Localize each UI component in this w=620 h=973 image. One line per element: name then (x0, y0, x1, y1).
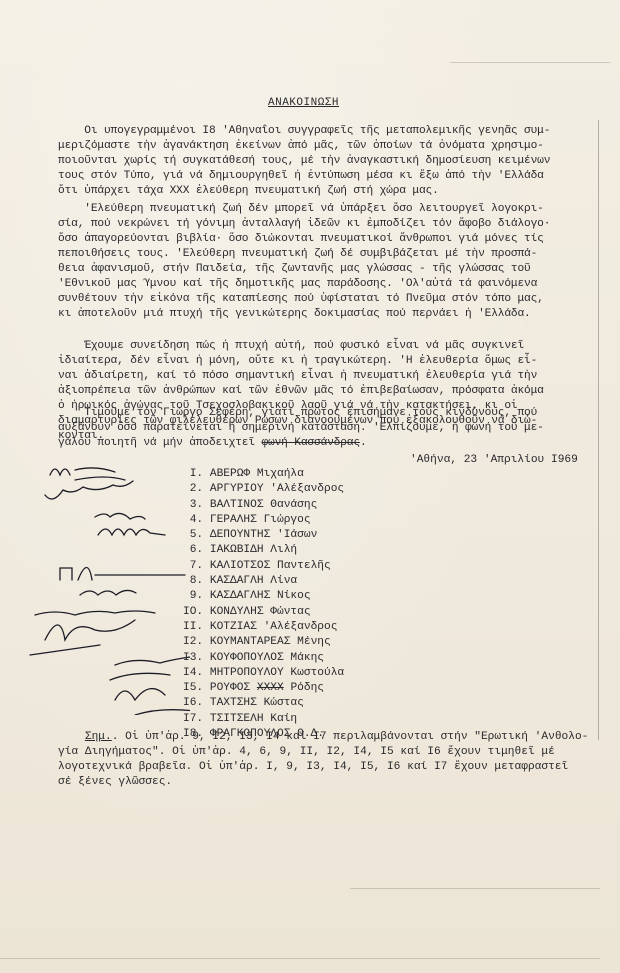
paragraph-1: Οι υπογεγραμμένοι Ι8 'Αθηναΐοι συγγραφεῖ… (58, 124, 598, 199)
text-line: Τιμοῦμε τόν Γιώργο Σεφέρη, γιατί πρῶτος … (58, 406, 598, 421)
signatories-list: I. ΑΒΕΡΩΦ Μιχαήλα 2. ΑΡΓΥΡΙΟΥ 'Αλέξανδρο… (183, 467, 344, 742)
paragraph-4: Τιμοῦμε τόν Γιώργο Σεφέρη, γιατί πρῶτος … (58, 406, 598, 451)
text-line: σία, πού νεκρώνει τή γόνιμη ἀνταλλαγή ἰδ… (58, 217, 598, 232)
scan-streak (0, 958, 600, 959)
text-line: ναι ἀδιαίρετη, καί τό πόσο σημαντική εἶν… (58, 369, 598, 384)
text-line: ποιοῦνται χωρίς τή συγκατάθεσή τους, μέ … (58, 154, 598, 169)
text-line: μεριζόμαστε τὴν ἀγανάκτηση ἐκείνων ἀπό μ… (58, 139, 598, 154)
scan-streak (450, 62, 610, 63)
struck-text: φωνή Κασσάνδρας (261, 437, 359, 449)
date-line: 'Αθήνα, 23 'Απριλίου Ι969 (410, 454, 578, 466)
signatory-row: IO. ΚΟΝΔΥΛΗΣ Φώντας (183, 605, 344, 620)
text-line: Οι υπογεγραμμένοι Ι8 'Αθηναΐοι συγγραφεῖ… (58, 124, 598, 139)
text-line: κι ἀποτελοῦν μιά πτυχή τῆς γενικώτερης δ… (58, 307, 598, 322)
struck-text: ΧΧΧΧ (257, 682, 284, 694)
signatory-row: 4. ΓΕΡΑΛΗΣ Γιώργος (183, 513, 344, 528)
signatory-row: I4. ΜΗΤΡΟΠΟΥΛΟΥ Κωστούλα (183, 666, 344, 681)
signatory-row: I2. ΚΟΥΜΑΝΤΑΡΕΑΣ Μένης (183, 635, 344, 650)
signatures-scribble (20, 455, 190, 715)
signatory-row: 5. ΔΕΠΟΥΝΤΗΣ 'Ιάσων (183, 528, 344, 543)
footnote-label: Σημ. (85, 731, 112, 743)
signatory-row: 8. ΚΑΣΔΑΓΛΗ Λίνα (183, 574, 344, 589)
paragraph-2: 'Ελεύθερη πνευματική ζωή δέν μπορεῖ νά ὑ… (58, 202, 598, 322)
signatory-row: I6. ΤΑΧΤΣΗΣ Κώστας (183, 696, 344, 711)
signatory-row: I3. ΚΟΥΦΟΠΟΥΛΟΣ Μάκης (183, 651, 344, 666)
text-line: ἀξιοπρέπεια τῶν ἀνθρώπων καί τῶν ἐθνῶν μ… (58, 384, 598, 399)
signatory-row: I5. ΡΟΥΦΟΣ ΧΧΧΧ Ρόδης (183, 681, 344, 696)
scan-streak (350, 888, 600, 889)
text-line: πεποιθήσεις τους. 'Ελεύθερη πνευματική ζ… (58, 247, 598, 262)
signatory-row: 9. ΚΑΣΔΑΓΛΗΣ Νίκος (183, 589, 344, 604)
signatory-row: II. ΚΟΤΖΙΑΣ 'Αλέξανδρος (183, 620, 344, 635)
text-line: τους στόν Τύπο, γιά νά δημιουργηθεῖ ἡ ἐν… (58, 169, 598, 184)
text-line: συνθέτουν τὴν εἰκόνα τῆς καταπίεσης πού … (58, 292, 598, 307)
footnote-text: . Οἱ ὑπ'ἀρ. 9, Ι2, Ι3, Ι4 καί Ι7 περιλαμ… (58, 731, 588, 788)
text-line: 'Ελεύθερη πνευματική ζωή δέν μπορεῖ νά ὑ… (58, 202, 598, 217)
signatory-row: 2. ΑΡΓΥΡΙΟΥ 'Αλέξανδρος (183, 482, 344, 497)
text-line: 'Εθνικοῦ μας Ύμνου καί τῆς δημοτικῆς μας… (58, 277, 598, 292)
signatory-row: 6. ΙΑΚΩΒΙΔΗ Λιλή (183, 543, 344, 558)
text-line: Έχουμε συνείδηση πώς ἡ πτυχή αὐτή, πού φ… (58, 339, 598, 354)
signatory-row: 3. ΒΑΛΤΙΝΟΣ Θανάσης (183, 498, 344, 513)
text-line: ὅσο ἀπαγορεύονται βιβλία· ὅσο διώκονται … (58, 232, 598, 247)
signatory-row: 7. ΚΑΛΙΟΤΣΟΣ Παντελῆς (183, 559, 344, 574)
text-line: αὐξάνουν ὅσο παρατείνεται ἡ σημερινή κατ… (58, 421, 598, 436)
scanned-document-page: ΑΝΑΚΟΙΝΩΣΗ Οι υπογεγραμμένοι Ι8 'Αθηναΐο… (0, 0, 620, 973)
text-line: ἰδιαίτερα, δέν εἶναι ἡ μόνη, οὔτε κι ἡ τ… (58, 354, 598, 369)
text-line: ὅτι ὑπάρχει τάχα ΧΧΧ ἐλεύθερη πνευματική… (58, 184, 598, 199)
text-line: γάλου ποιητῆ νά μήν ἀποδειχτεῖ φωνή Κασσ… (58, 436, 598, 451)
handwritten-signatures (20, 455, 190, 715)
document-title: ΑΝΑΚΟΙΝΩΣΗ (268, 97, 339, 109)
signatory-row: I. ΑΒΕΡΩΦ Μιχαήλα (183, 467, 344, 482)
text-line: θεια ἀφανισμοῦ, στήν Παιδεία, τῆς ζωνταν… (58, 262, 598, 277)
footnote: Σημ.. Οἱ ὑπ'ἀρ. 9, Ι2, Ι3, Ι4 καί Ι7 περ… (58, 715, 588, 805)
page-crease (598, 120, 599, 740)
